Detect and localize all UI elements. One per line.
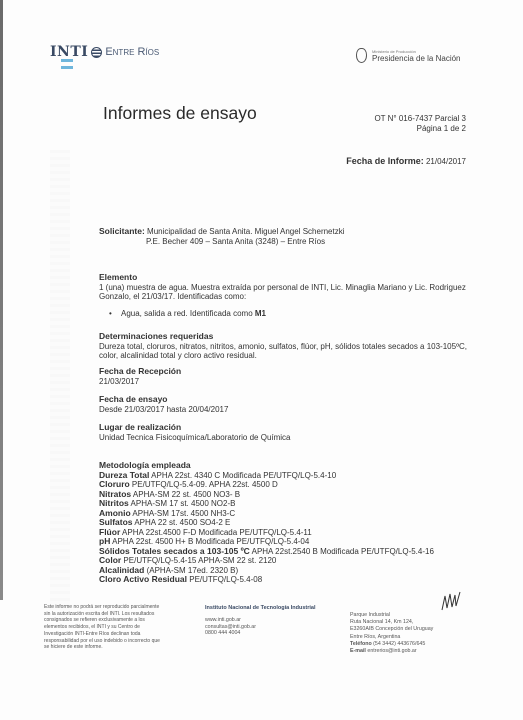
- analyte-name: pH: [99, 536, 110, 546]
- sample-item: •Agua, salida a red. Identificada como M…: [99, 309, 483, 319]
- sample-id: M1: [255, 309, 266, 318]
- analyte-name: Flúor: [99, 527, 120, 537]
- analyte-method: APHA 22 st. 4500 SO4-2 E: [133, 518, 231, 527]
- test-date-section: Fecha de ensayo Desde 21/03/2017 hasta 2…: [99, 395, 483, 414]
- analyte-method: APHA 22st.2540 B Modificada PE/UTFQ/LQ-5…: [250, 547, 434, 556]
- website-link[interactable]: www.inti.gob.ar: [205, 617, 316, 624]
- methodology-list: Dureza Total APHA 22st. 4340 C Modificad…: [99, 471, 483, 585]
- sample-description: Agua, salida a red. Identificada como: [121, 309, 255, 318]
- reception-section: Fecha de Recepción 21/03/2017: [99, 367, 483, 386]
- report-date-value: 21/04/2017: [426, 157, 466, 166]
- scan-artifact: [50, 150, 70, 610]
- analyte-method: APHA 22st.4500 F-D Modificada PE/UTFQ/LQ…: [120, 528, 312, 537]
- government-logo: Ministerio de Producción Presidencia de …: [356, 48, 461, 63]
- element-text: 1 (una) muestra de agua. Muestra extraíd…: [99, 283, 483, 302]
- analyte-name: Sulfatos: [99, 517, 133, 527]
- analyte-name: Cloro Activo Residual: [99, 574, 187, 584]
- ot-number: OT N° 016-7437 Parcial 3: [374, 114, 466, 124]
- inti-region: Entre Ríos: [105, 46, 159, 58]
- analyte-name: Amonio: [99, 508, 131, 518]
- institute-contact: Instituto Nacional de Tecnología Industr…: [205, 605, 316, 637]
- analyte-name: Sólidos Totales secados a 103-105 ºC: [99, 546, 250, 556]
- bullet-icon: •: [109, 309, 121, 319]
- element-title: Elemento: [99, 273, 483, 283]
- document-title: Informes de ensayo: [103, 103, 257, 124]
- report-date-label: Fecha de Informe:: [346, 156, 424, 166]
- analyte-name: Alcalinidad: [99, 565, 144, 575]
- inti-wordmark: INTI: [50, 44, 88, 60]
- analyte-method: PE/UTFQ/LQ-5.4-09. APHA 22st. 4500 D: [130, 480, 278, 489]
- report-date: Fecha de Informe: 21/04/2017: [346, 156, 466, 166]
- reception-date: 21/03/2017: [99, 377, 483, 387]
- location-section: Lugar de realización Unidad Tecnica Fisi…: [99, 423, 483, 442]
- location-title: Lugar de realización: [99, 423, 483, 433]
- analyte-name: Color: [99, 555, 121, 565]
- methodology-item: Sólidos Totales secados a 103-105 ºC APH…: [99, 547, 483, 557]
- requester-label: Solicitante:: [99, 226, 145, 236]
- phone-label: Teléfono: [350, 641, 372, 647]
- methodology-title: Metodología empleada: [99, 461, 483, 471]
- address-line: Ruta Nacional 14, Km 124,: [350, 619, 433, 626]
- address-line: Parque Industrial: [350, 612, 433, 619]
- test-date-title: Fecha de ensayo: [99, 395, 483, 405]
- general-email-link[interactable]: consultas@inti.gob.ar: [205, 624, 316, 631]
- methodology-item: Amonio APHA-SM 17st. 4500 NH3-C: [99, 509, 483, 519]
- analyte-name: Nitritos: [99, 498, 129, 508]
- inti-stripes-icon: [61, 59, 73, 73]
- requester-block: Solicitante: Municipalidad de Santa Anit…: [99, 226, 345, 247]
- methodology-item: Nitritos APHA-SM 17 st. 4500 NO2-B: [99, 499, 483, 509]
- email-label: E-mail: [350, 648, 366, 654]
- methodology-item: Nitratos APHA-SM 22 st. 4500 NO3- B: [99, 490, 483, 500]
- analyte-method: APHA-SM 17st. 4500 NH3-C: [131, 509, 235, 518]
- analyte-name: Dureza Total: [99, 470, 149, 480]
- test-date-range: Desde 21/03/2017 hasta 20/04/2017: [99, 405, 483, 415]
- requester-address: P.E. Becher 409 – Santa Anita (3248) – E…: [99, 237, 345, 247]
- methodology-item: Cloro Activo Residual PE/UTFQ/LQ-5.4-08: [99, 575, 483, 585]
- reception-title: Fecha de Recepción: [99, 367, 483, 377]
- analyte-method: APHA-SM 17 st. 4500 NO2-B: [129, 499, 236, 508]
- methodology-item: Cloruro PE/UTFQ/LQ-5.4-09. APHA 22st. 45…: [99, 480, 483, 490]
- analyte-method: APHA 22st. 4340 C Modificada PE/UTFQ/LQ-…: [149, 471, 336, 480]
- page-number: Página 1 de 2: [374, 124, 466, 134]
- address-line: Entre Ríos, Argentina: [350, 634, 433, 641]
- center-address: Parque Industrial Ruta Nacional 14, Km 1…: [350, 612, 433, 655]
- methodology-item: Sulfatos APHA 22 st. 4500 SO4-2 E: [99, 518, 483, 528]
- coat-of-arms-icon: [356, 48, 367, 63]
- determinations-title: Determinaciones requeridas: [99, 332, 483, 342]
- analyte-name: Cloruro: [99, 479, 130, 489]
- analyte-method: APHA-SM 22 st. 4500 NO3- B: [131, 490, 240, 499]
- globe-icon: [91, 47, 102, 58]
- analyte-name: Nitratos: [99, 489, 131, 499]
- inti-logo: INTI Entre Ríos: [50, 44, 159, 60]
- methodology-item: Dureza Total APHA 22st. 4340 C Modificad…: [99, 471, 483, 481]
- element-section: Elemento 1 (una) muestra de agua. Muestr…: [99, 273, 483, 318]
- analyte-method: PE/UTFQ/LQ-5.4-08: [187, 575, 262, 584]
- address-line: E3260AIB Concepción del Uruguay: [350, 626, 433, 633]
- disclaimer: Este informe no podrá ser reproducido pa…: [44, 604, 164, 651]
- methodology-item: Flúor APHA 22st.4500 F-D Modificada PE/U…: [99, 528, 483, 538]
- center-phone: (54 3442) 443676/645: [373, 641, 425, 647]
- requester-name: Municipalidad de Santa Anita. Miguel Ang…: [147, 227, 344, 236]
- analyte-method: PE/UTFQ/LQ-5.4-15 APHA-SM 22 st. 2120: [121, 556, 276, 565]
- determinations-text: Dureza total, cloruros, nitratos, nitrit…: [99, 342, 483, 361]
- methodology-section: Metodología empleada Dureza Total APHA 2…: [99, 461, 483, 585]
- institute-name: Instituto Nacional de Tecnología Industr…: [205, 605, 316, 612]
- methodology-item: Color PE/UTFQ/LQ-5.4-15 APHA-SM 22 st. 2…: [99, 556, 483, 566]
- signature-icon: [440, 590, 464, 614]
- location-value: Unidad Tecnica Fisicoquímica/Laboratorio…: [99, 433, 483, 443]
- center-email-link[interactable]: entrerios@inti.gob.ar: [367, 648, 416, 654]
- scan-edge: [0, 0, 3, 600]
- presidency-label: Presidencia de la Nación: [372, 54, 461, 63]
- determinations-section: Determinaciones requeridas Dureza total,…: [99, 332, 483, 361]
- order-info: OT N° 016-7437 Parcial 3 Página 1 de 2: [374, 114, 466, 134]
- general-phone: 0800 444 4004: [205, 630, 316, 637]
